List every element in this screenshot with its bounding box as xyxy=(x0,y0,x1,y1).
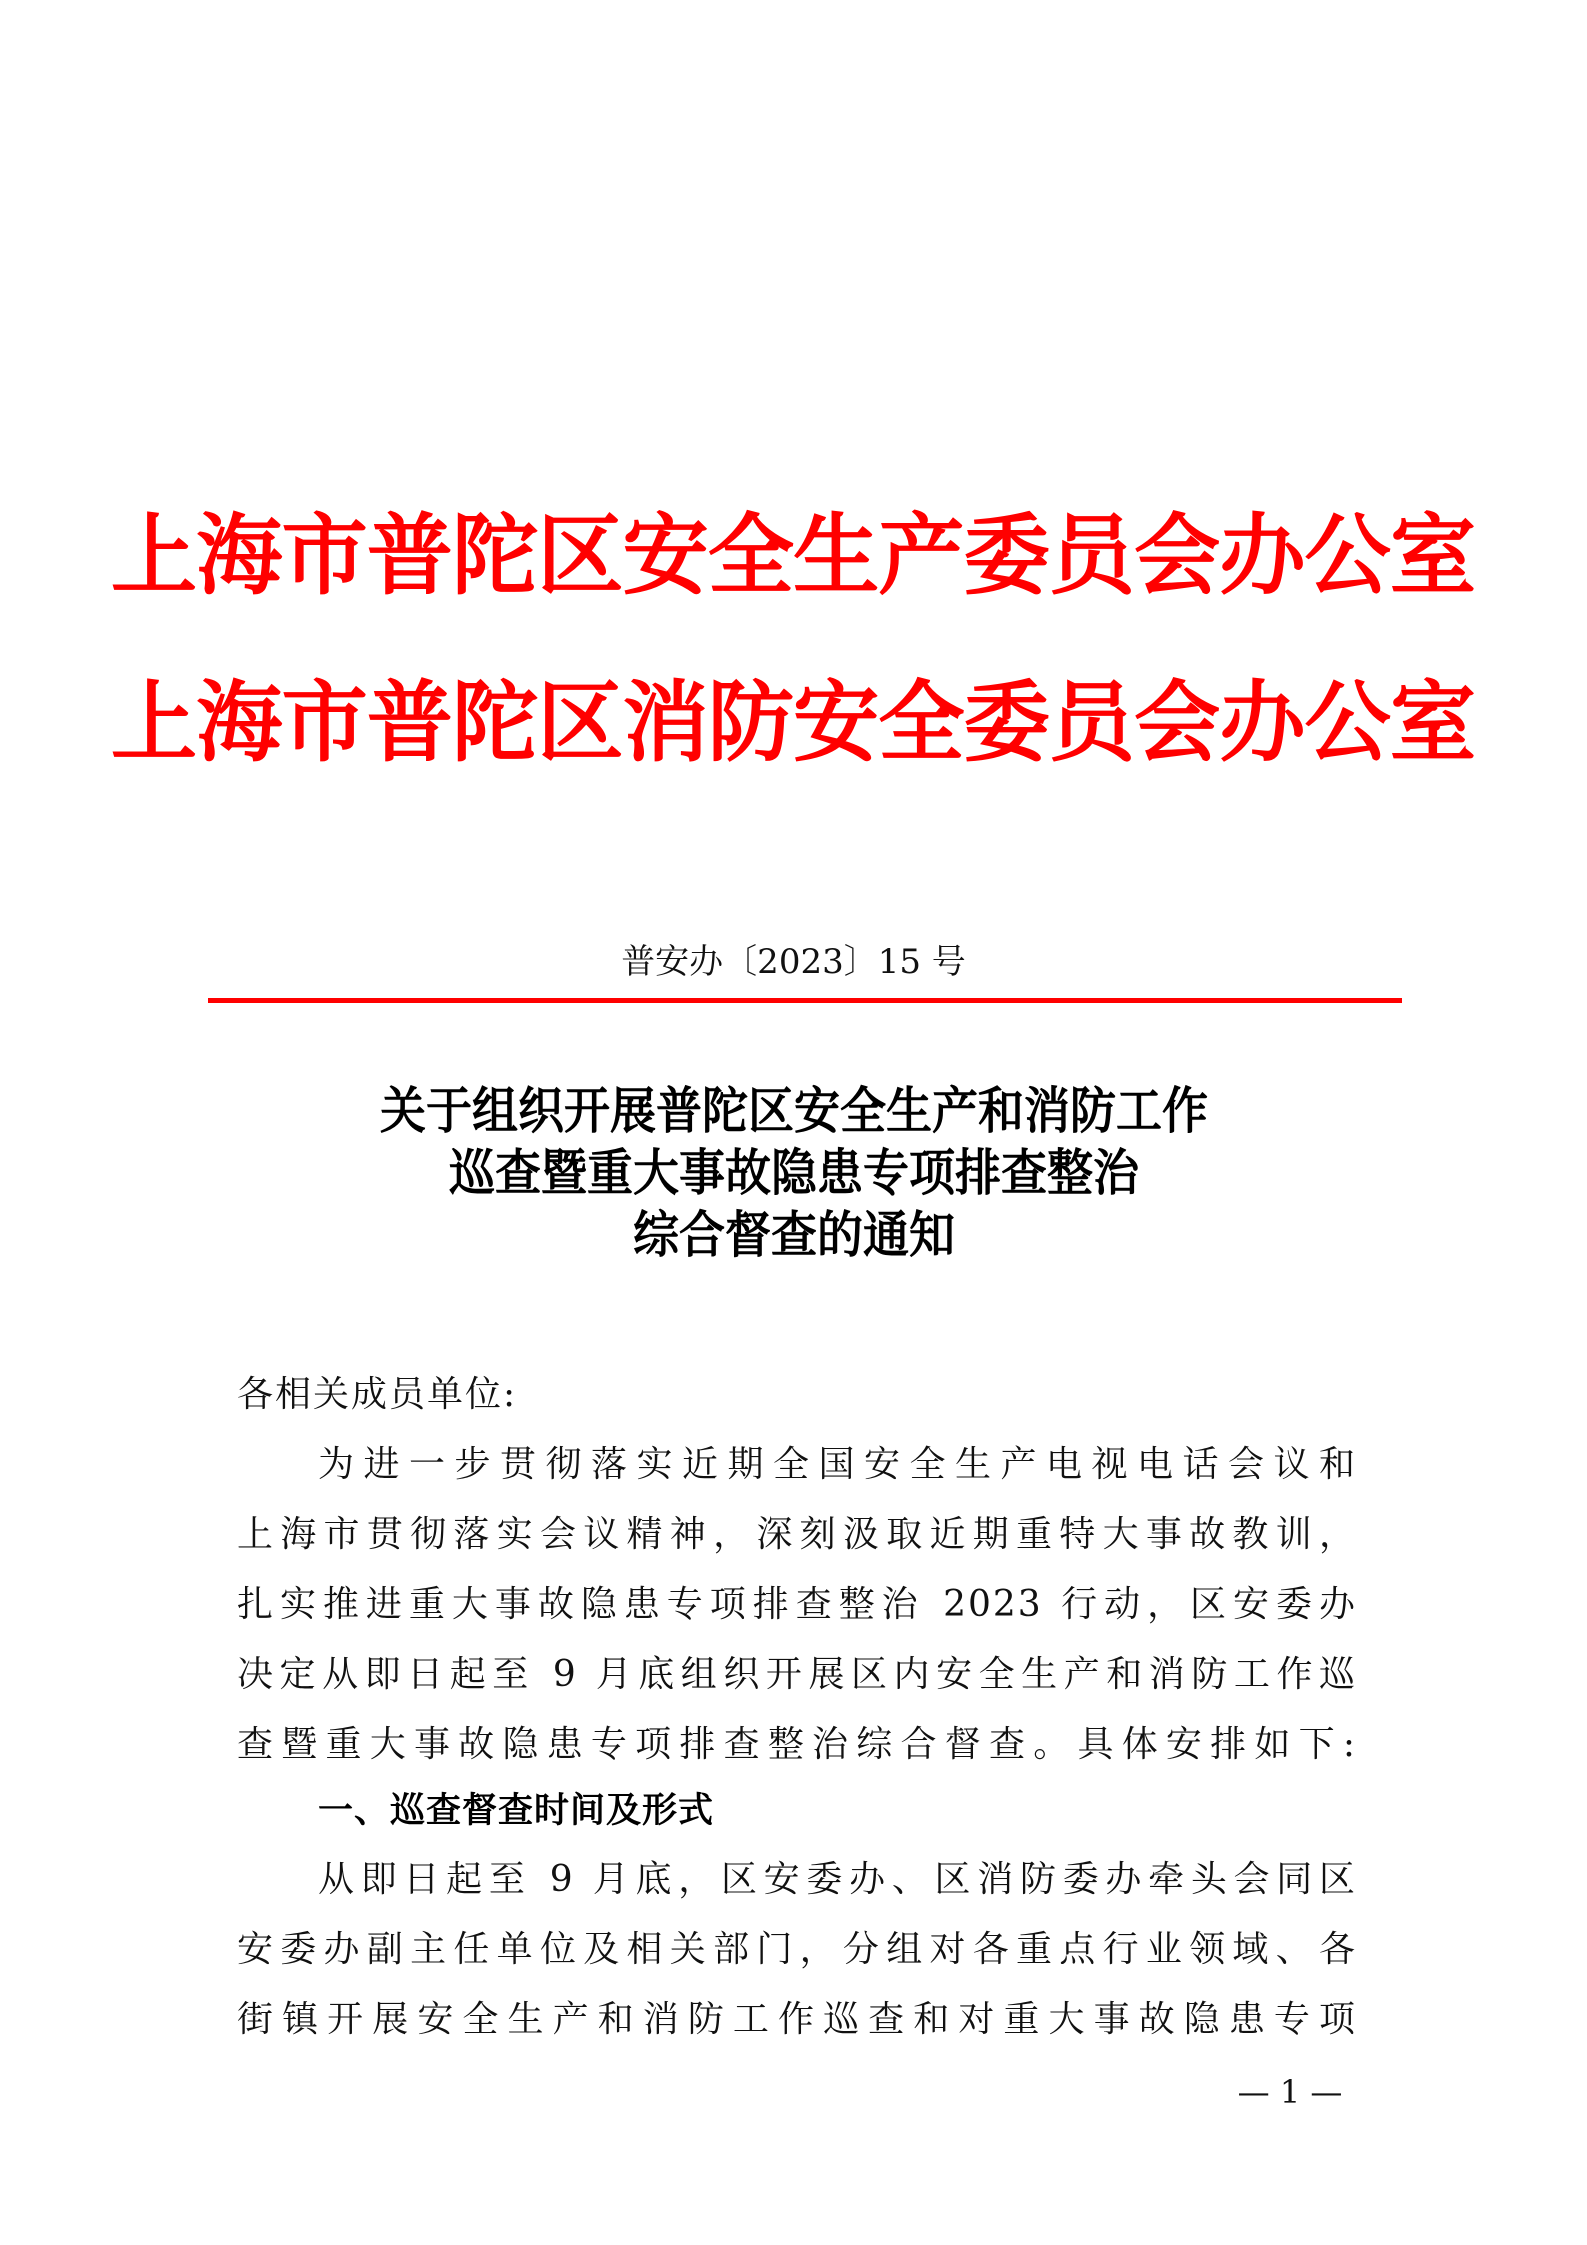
letterhead-line-1: 上海市普陀区安全生产委员会办公室 xyxy=(0,505,1587,605)
title-text: 巡查暨重大事故隐患专项排查整治 xyxy=(449,1142,1139,1204)
red-divider xyxy=(208,998,1402,1003)
body-line: 为进一步贯彻落实近期全国安全生产电视电话会议和 xyxy=(318,1430,1357,1500)
document-title-line-2: 巡查暨重大事故隐患专项排查整治 xyxy=(0,1142,1587,1204)
title-text: 关于组织开展普陀区安全生产和消防工作 xyxy=(380,1080,1208,1142)
letterhead-text: 上海市普陀区安全生产委员会办公室 xyxy=(111,505,1475,605)
body-line: 扎实推进重大事故隐患专项排查整治 2023 行动，区安委办 xyxy=(237,1570,1357,1640)
body-line: 上海市贯彻落实会议精神，深刻汲取近期重特大事故教训， xyxy=(237,1500,1357,1570)
document-title-line-3: 综合督查的通知 xyxy=(0,1204,1587,1266)
document-title-line-1: 关于组织开展普陀区安全生产和消防工作 xyxy=(0,1080,1587,1142)
document-page: 上海市普陀区安全生产委员会办公室 上海市普陀区消防安全委员会办公室 普安办〔20… xyxy=(0,0,1587,2245)
salutation: 各相关成员单位: xyxy=(237,1360,1357,1430)
body-line: 查暨重大事故隐患专项排查整治综合督查。具体安排如下: xyxy=(237,1710,1357,1780)
body-line: 街镇开展安全生产和消防工作巡查和对重大事故隐患专项 xyxy=(237,1985,1357,2055)
body-line: 安委办副主任单位及相关部门，分组对各重点行业领域、各 xyxy=(237,1915,1357,1985)
page-number: — 1 — xyxy=(1210,2072,1370,2112)
letterhead-line-2: 上海市普陀区消防安全委员会办公室 xyxy=(0,672,1587,772)
body-line: 决定从即日起至 9 月底组织开展区内安全生产和消防工作巡 xyxy=(237,1640,1357,1710)
letterhead-text: 上海市普陀区消防安全委员会办公室 xyxy=(111,672,1475,772)
body-line: 从即日起至 9 月底，区安委办、区消防委办牵头会同区 xyxy=(318,1845,1357,1915)
section-heading: 一、巡查督查时间及形式 xyxy=(318,1776,714,1846)
document-number: 普安办〔2023〕15 号 xyxy=(0,940,1587,984)
title-text: 综合督查的通知 xyxy=(633,1204,955,1266)
